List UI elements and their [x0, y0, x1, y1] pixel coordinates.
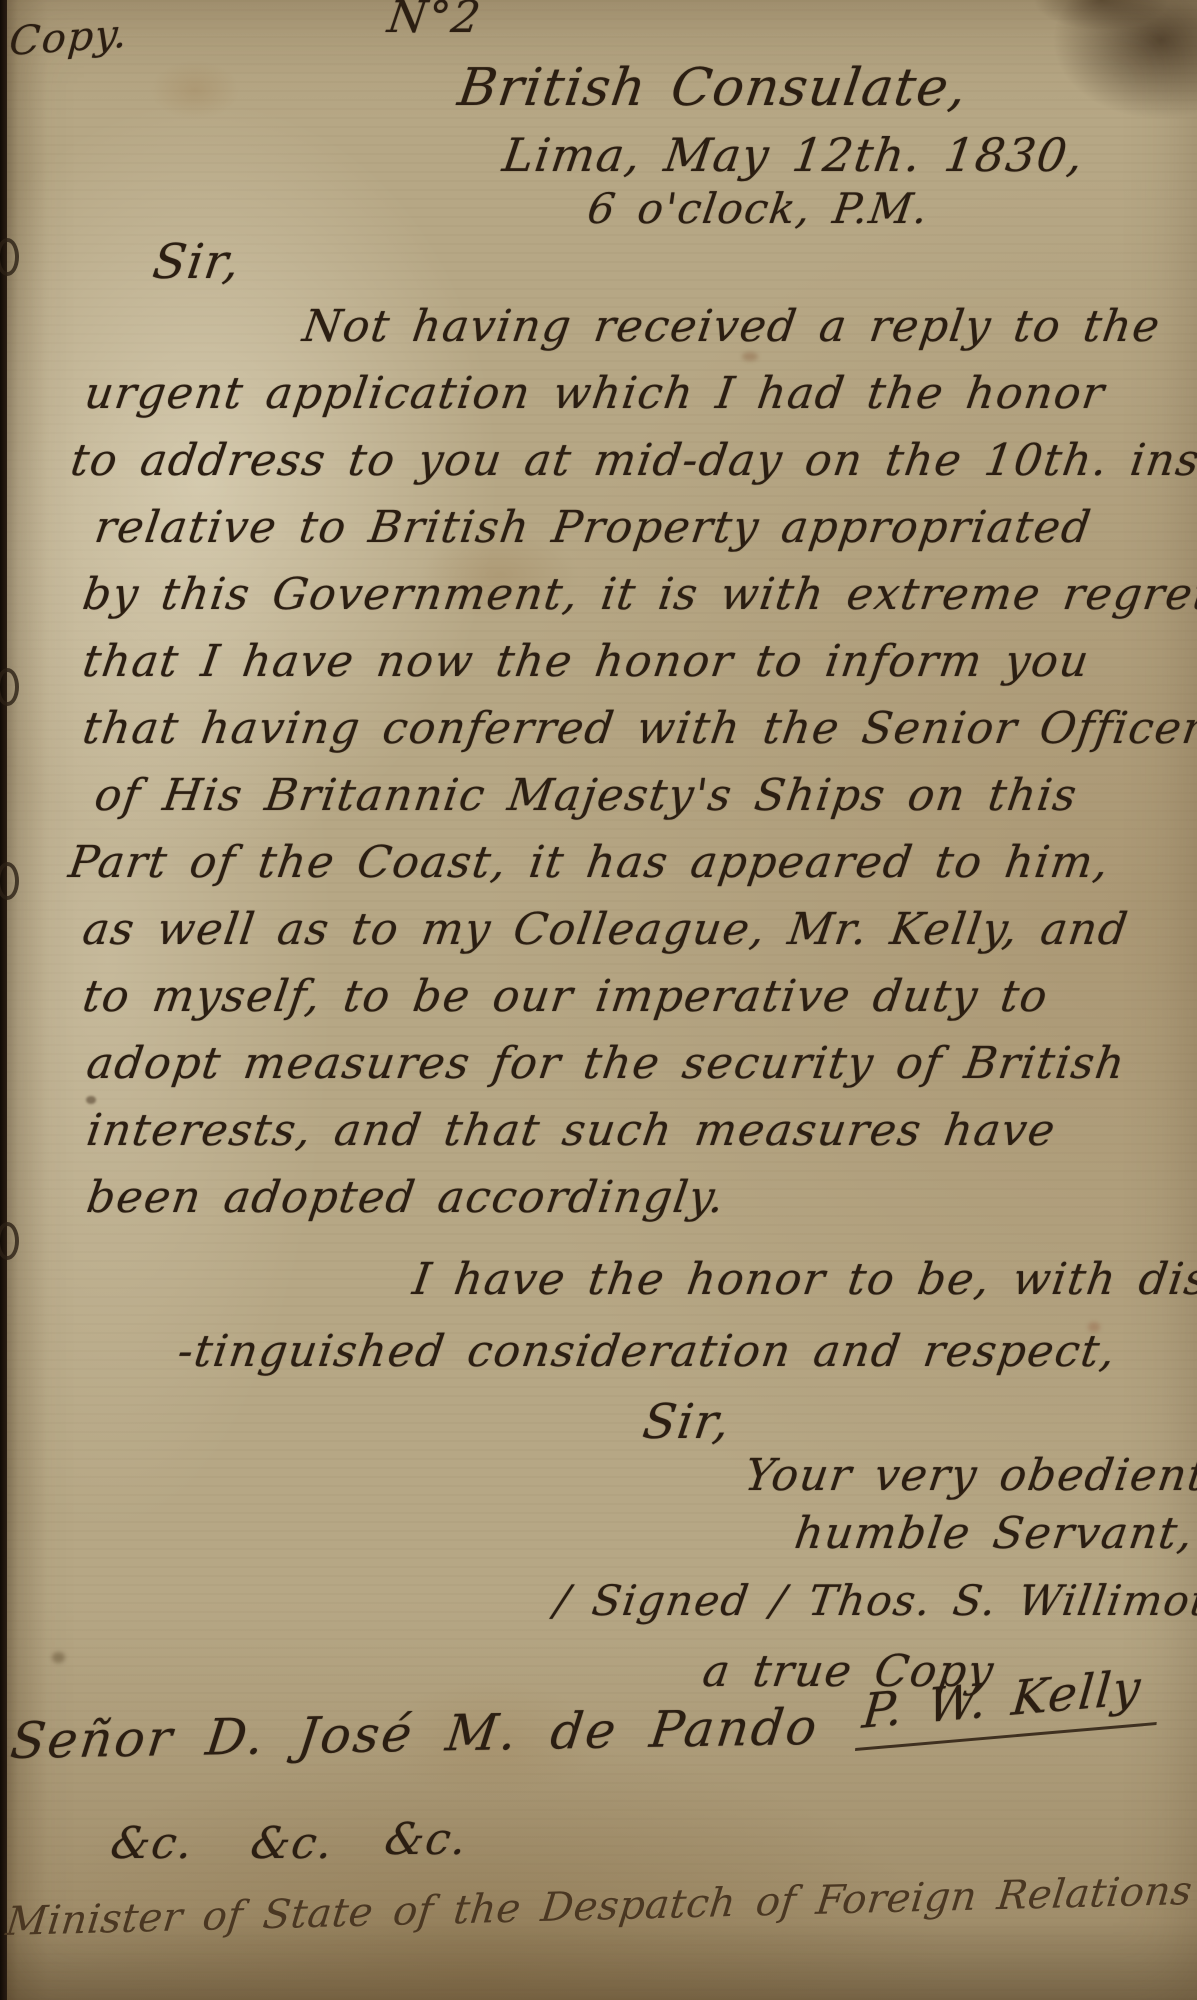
- consulate-name: British Consulate,: [455, 62, 971, 114]
- letter-number: N°2: [385, 0, 484, 40]
- body-line: urgent application which I had the honor: [82, 372, 1108, 416]
- body-line: adopt measures for the security of Briti…: [84, 1042, 1128, 1086]
- body-line: as well as to my Colleague, Mr. Kelly, a…: [80, 908, 1131, 952]
- body-line: of His Britannic Majesty's Ships on this: [92, 774, 1080, 818]
- dateline: Lima, May 12th. 1830,: [500, 132, 1087, 178]
- body-line: Part of the Coast, it has appeared to hi…: [66, 841, 1112, 885]
- closing-line-2: -tinguished consideration and respect,: [175, 1330, 1119, 1374]
- body-line: that having conferred with the Senior Of…: [80, 707, 1197, 751]
- signed-line: / Signed / Thos. S. Willimott: [552, 1580, 1197, 1622]
- recipient-title: Minister of State of the Despatch of For…: [4, 1871, 1194, 1942]
- body-line: Not having received a reply to the: [300, 305, 1163, 349]
- binding-thread-loop: [0, 1222, 19, 1260]
- etcetera-mark: &c.: [108, 1822, 196, 1866]
- ink-spot: [86, 1096, 96, 1104]
- salutation: Sir,: [150, 238, 244, 286]
- paper-stain: [150, 60, 240, 120]
- body-line: by this Government, it is with extreme r…: [80, 573, 1197, 617]
- ink-spot: [742, 352, 758, 361]
- body-line: relative to British Property appropriate…: [92, 506, 1094, 550]
- binding-thread-loop: [0, 238, 19, 276]
- body-line: been adopted accordingly.: [84, 1176, 728, 1220]
- closing-salutation: Sir,: [640, 1398, 734, 1446]
- ink-spot: [52, 1652, 65, 1663]
- body-line: that I have now the honor to inform you: [80, 640, 1092, 684]
- copy-annotation: Copy.: [8, 14, 129, 62]
- body-line: interests, and that such measures have: [84, 1109, 1059, 1153]
- binding-thread-loop: [0, 862, 19, 900]
- body-line: to myself, to be our imperative duty to: [80, 975, 1051, 1019]
- valediction-line-2: humble Servant,: [792, 1512, 1197, 1556]
- valediction-line-1: Your very obedient: [742, 1454, 1197, 1498]
- binding-edge: [0, 0, 7, 2000]
- letter-page: N°2 Copy. British Consulate, Lima, May 1…: [0, 0, 1197, 2000]
- etcetera-mark: &c.: [248, 1822, 336, 1866]
- binding-thread-loop: [0, 668, 19, 706]
- etcetera-mark: &c.: [382, 1818, 470, 1862]
- time-note: 6 o'clock, P.M.: [585, 188, 932, 230]
- body-line: to address to you at mid-day on the 10th…: [68, 439, 1197, 483]
- recipient-name: Señor D. José M. de Pando: [8, 1702, 822, 1766]
- closing-line-1: I have the honor to be, with dis-: [410, 1258, 1197, 1302]
